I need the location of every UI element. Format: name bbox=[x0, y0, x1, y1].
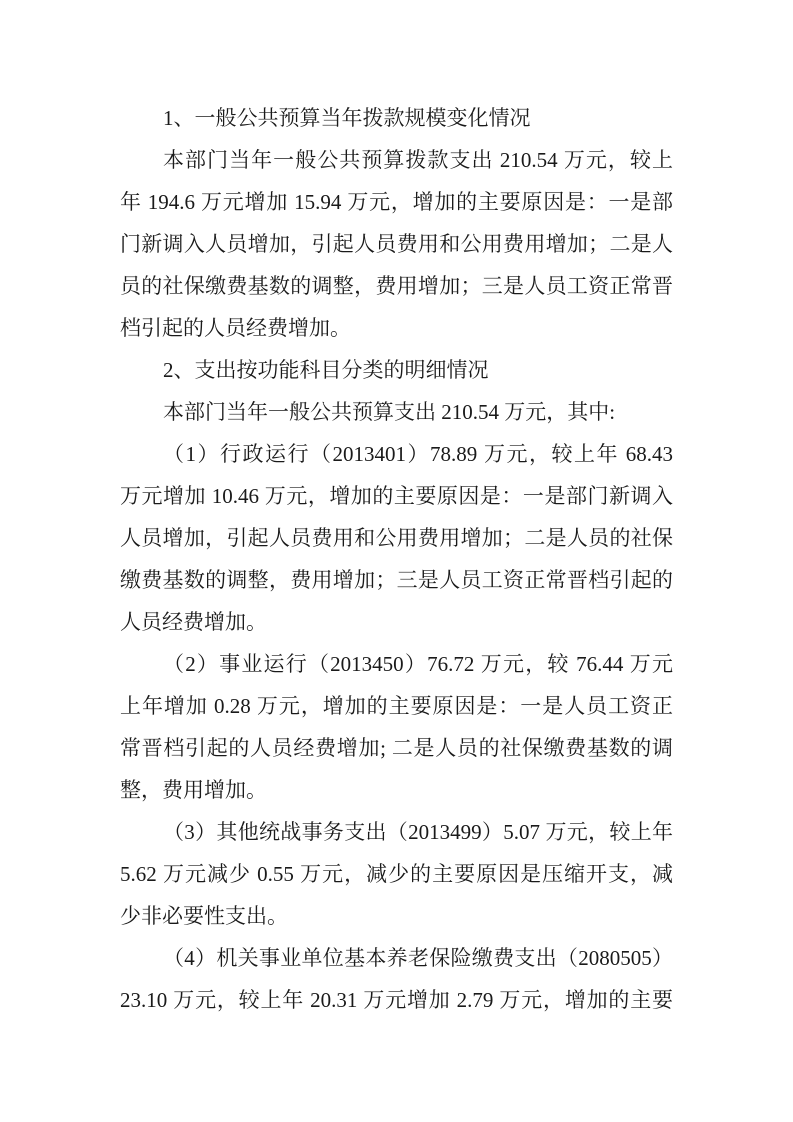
text-line: 人员经费增加。 bbox=[120, 601, 673, 643]
text-line: 缴费基数的调整，费用增加；三是人员工资正常晋档引起的 bbox=[120, 559, 673, 601]
text-line: 年 194.6 万元增加 15.94 万元，增加的主要原因是：一是部 bbox=[120, 181, 673, 223]
text-line: 门新调入人员增加，引起人员费用和公用费用增加；二是人 bbox=[120, 223, 673, 265]
text-line: 23.10 万元，较上年 20.31 万元增加 2.79 万元，增加的主要 bbox=[120, 979, 673, 1021]
text-line: 万元增加 10.46 万元，增加的主要原因是：一是部门新调入 bbox=[120, 475, 673, 517]
text-line: 员的社保缴费基数的调整，费用增加；三是人员工资正常晋 bbox=[120, 265, 673, 307]
text-line: 人员增加，引起人员费用和公用费用增加；二是人员的社保 bbox=[120, 517, 673, 559]
text-line: 少非必要性支出。 bbox=[120, 895, 673, 937]
text-line: 档引起的人员经费增加。 bbox=[120, 307, 673, 349]
text-line: 本部门当年一般公共预算支出 210.54 万元，其中: bbox=[120, 391, 673, 433]
text-line: 本部门当年一般公共预算拨款支出 210.54 万元，较上 bbox=[120, 139, 673, 181]
document-body: 1、一般公共预算当年拨款规模变化情况本部门当年一般公共预算拨款支出 210.54… bbox=[120, 97, 673, 1021]
text-line: （1）行政运行（2013401）78.89 万元，较上年 68.43 bbox=[120, 433, 673, 475]
text-line: 整，费用增加。 bbox=[120, 769, 673, 811]
text-line: 2、支出按功能科目分类的明细情况 bbox=[120, 349, 673, 391]
text-line: （2）事业运行（2013450）76.72 万元，较 76.44 万元 bbox=[120, 643, 673, 685]
text-line: （4）机关事业单位基本养老保险缴费支出（2080505） bbox=[120, 937, 673, 979]
text-line: 5.62 万元减少 0.55 万元，减少的主要原因是压缩开支，减 bbox=[120, 853, 673, 895]
text-line: 上年增加 0.28 万元，增加的主要原因是：一是人员工资正 bbox=[120, 685, 673, 727]
text-line: 1、一般公共预算当年拨款规模变化情况 bbox=[120, 97, 673, 139]
text-line: （3）其他统战事务支出（2013499）5.07 万元，较上年 bbox=[120, 811, 673, 853]
text-line: 常晋档引起的人员经费增加; 二是人员的社保缴费基数的调 bbox=[120, 727, 673, 769]
document-page: 1、一般公共预算当年拨款规模变化情况本部门当年一般公共预算拨款支出 210.54… bbox=[0, 0, 793, 1122]
